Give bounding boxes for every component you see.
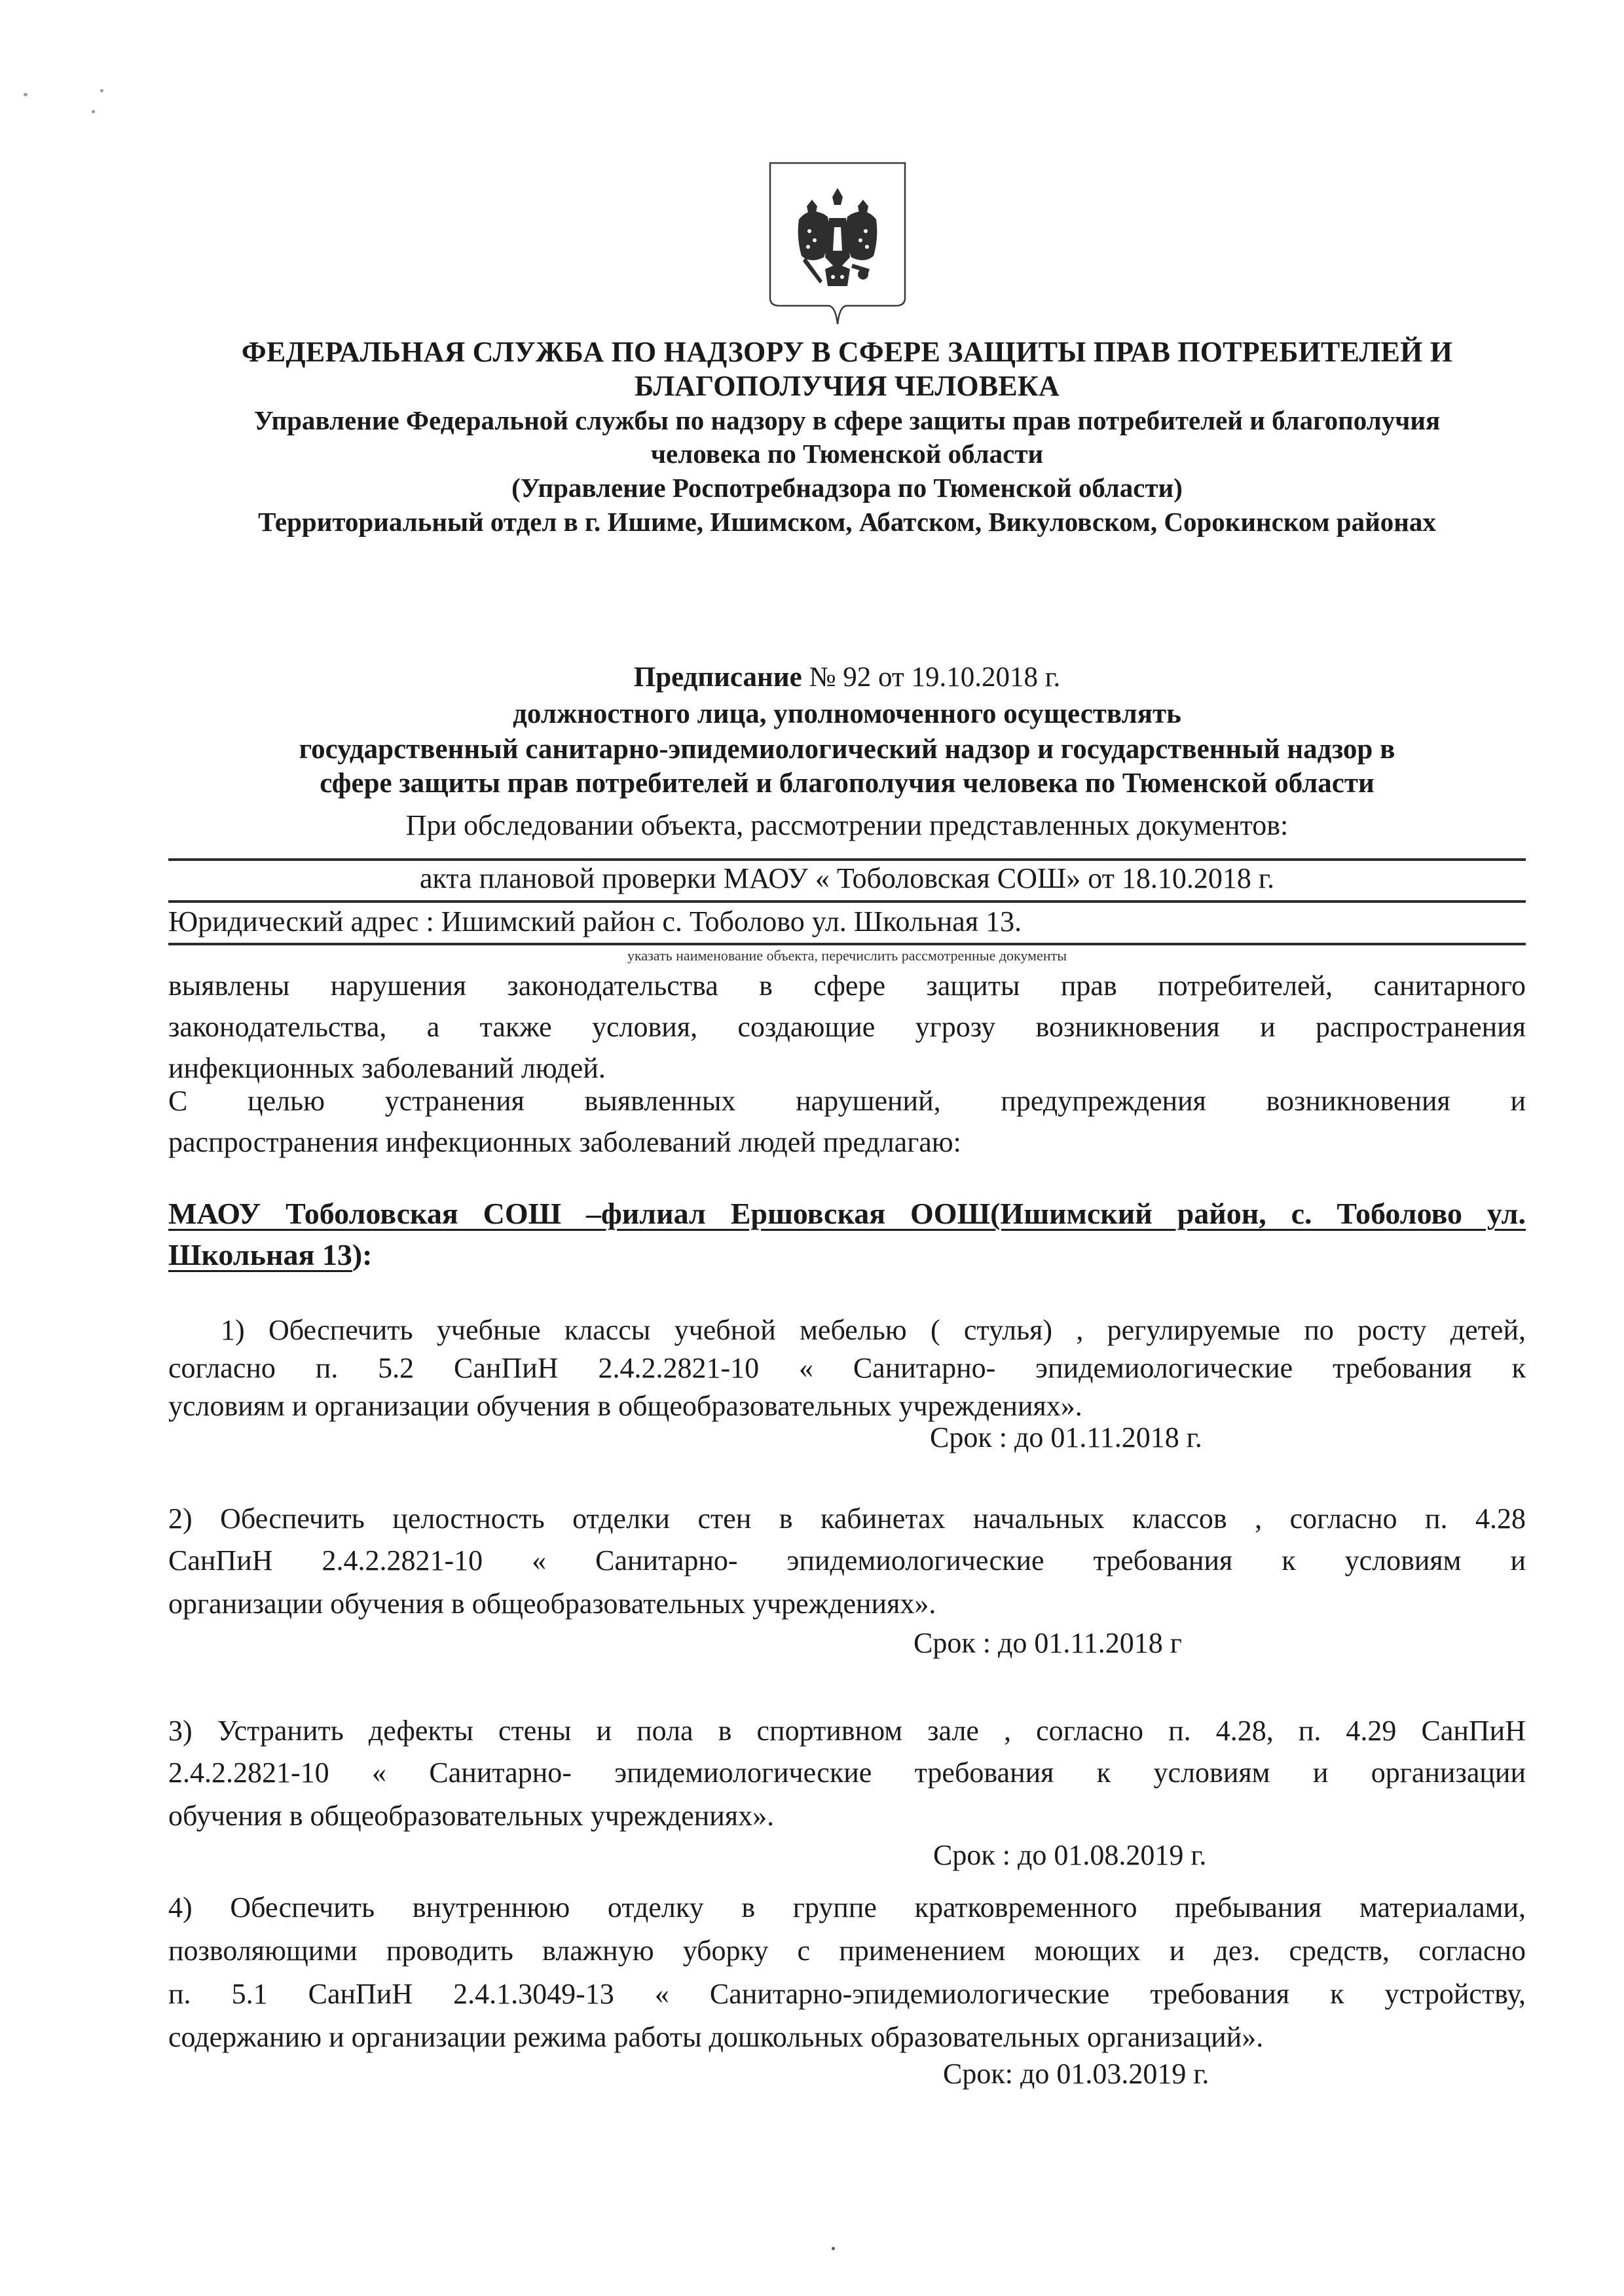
item-1-line3: условиям и организации обучения в общеоб… xyxy=(168,1385,1526,1427)
order-title-word: Предписание xyxy=(634,662,802,693)
coat-of-arms-icon xyxy=(765,159,910,331)
scan-speck xyxy=(100,89,103,92)
findings-line1: выявлены нарушения законодательства в сф… xyxy=(168,965,1526,1006)
item-2-line1: 2) Обеспечить целостность отделки стен в… xyxy=(168,1498,1526,1540)
findings-line2: законодательства, а также условия, созда… xyxy=(168,1006,1526,1048)
department-line1: Управление Федеральной службы по надзору… xyxy=(168,404,1526,437)
item-1-line2: согласно п. 5.2 СанПиН 2.4.2.2821-10 « С… xyxy=(168,1347,1526,1389)
item-4-line2: позволяющими проводить влажную уборку с … xyxy=(168,1930,1526,1972)
field-hint: указать наименование объекта, перечислит… xyxy=(168,947,1526,964)
order-subtitle-line2: государственный санитарно-эпидемиологиче… xyxy=(168,732,1526,767)
item-1-deadline: Срок : до 01.11.2018 г. xyxy=(930,1421,1202,1455)
agency-name-line1: ФЕДЕРАЛЬНАЯ СЛУЖБА ПО НАДЗОРУ В СФЕРЕ ЗА… xyxy=(168,335,1526,369)
item-4-deadline: Срок: до 01.03.2019 г. xyxy=(943,2057,1209,2091)
item-2-line3: организации обучения в общеобразовательн… xyxy=(168,1583,1526,1625)
item-3-line3: обучения в общеобразовательных учреждени… xyxy=(168,1795,1526,1837)
order-subtitle-line1: должностного лица, уполномоченного осуще… xyxy=(168,697,1526,732)
order-number: № 92 от 19.10.2018 г. xyxy=(809,662,1060,693)
organization-heading-line1: МАОУ Тоболовская СОШ –филиал Ершовская О… xyxy=(168,1193,1526,1234)
item-4-line4: содержанию и организации режима работы д… xyxy=(168,2016,1526,2058)
document-page: ФЕДЕРАЛЬНАЯ СЛУЖБА ПО НАДЗОРУ В СФЕРЕ ЗА… xyxy=(0,0,1624,2296)
department-line2: человека по Тюменской области xyxy=(168,437,1526,471)
form-rule xyxy=(168,943,1526,945)
inspection-act-field: акта плановой проверки МАОУ « Тоболовска… xyxy=(168,862,1526,896)
item-4-line3: п. 5.1 СанПиН 2.4.1.3049-13 « Санитарно-… xyxy=(168,1973,1526,2015)
item-4-line1: 4) Обеспечить внутреннюю отделку в групп… xyxy=(168,1887,1526,1929)
item-1-line1: 1) Обеспечить учебные классы учебной меб… xyxy=(168,1309,1526,1351)
scan-speck xyxy=(832,2247,835,2250)
item-2-deadline: Срок : до 01.11.2018 г xyxy=(913,1626,1182,1660)
item-3-line1: 3) Устранить дефекты стены и пола в спор… xyxy=(168,1710,1526,1752)
scan-speck xyxy=(92,110,95,113)
order-title: Предписание № 92 от 19.10.2018 г. xyxy=(168,660,1526,695)
order-subtitle-line3: сфере защиты прав потребителей и благопо… xyxy=(168,766,1526,801)
scan-speck xyxy=(24,93,28,96)
organization-heading-line2: Школьная 13): xyxy=(168,1234,1526,1275)
heading-punctuation: ): xyxy=(352,1238,373,1271)
item-2-line2: СанПиН 2.4.2.2821-10 « Санитарно- эпидем… xyxy=(168,1540,1526,1582)
findings-line5: распространения инфекционных заболеваний… xyxy=(168,1121,1526,1163)
organization-address-tail: Школьная 13 xyxy=(168,1238,352,1271)
form-rule xyxy=(168,900,1526,903)
form-rule xyxy=(168,858,1526,861)
organization-name: МАОУ Тоболовская СОШ –филиал Ершовская О… xyxy=(168,1197,1526,1230)
item-3-line2: 2.4.2.2821-10 « Санитарно- эпидемиологич… xyxy=(168,1752,1526,1794)
findings-line4: С целью устранения выявленных нарушений,… xyxy=(168,1080,1526,1121)
department-short-name: (Управление Роспотребнадзора по Тюменско… xyxy=(168,471,1526,505)
item-3-deadline: Срок : до 01.08.2019 г. xyxy=(933,1838,1206,1872)
legal-address-field: Юридический адрес : Ишимский район с. То… xyxy=(168,905,1526,939)
territorial-office: Территориальный отдел в г. Ишиме, Ишимск… xyxy=(168,505,1526,539)
agency-name-line2: БЛАГОПОЛУЧИЯ ЧЕЛОВЕКА xyxy=(168,369,1526,403)
inspection-intro: При обследовании объекта, рассмотрении п… xyxy=(168,809,1526,843)
